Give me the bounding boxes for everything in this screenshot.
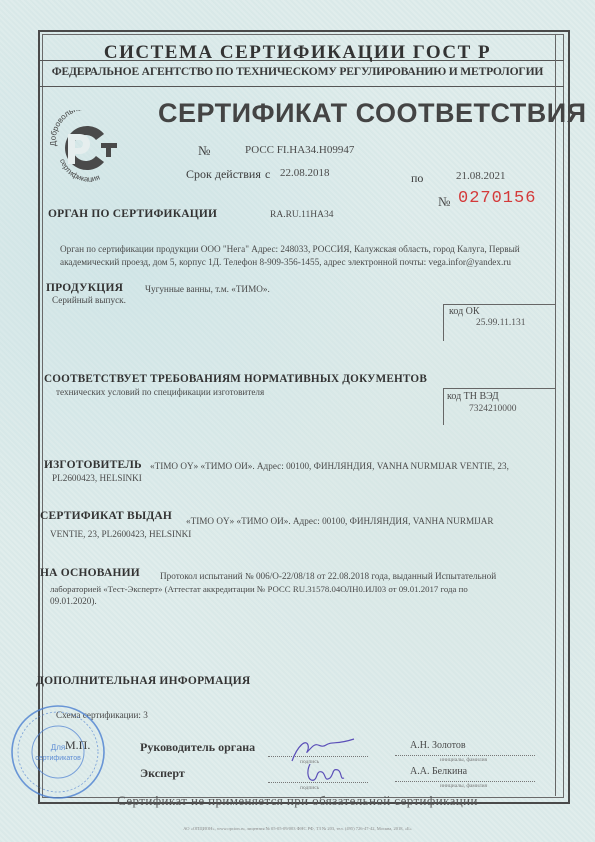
code-tnved-label: код ТН ВЭД [447, 391, 499, 402]
head-label: Руководитель органа [140, 740, 255, 755]
seal-stamp-icon: Для сертификатов [8, 702, 108, 802]
product-value: Чугунные ванны, т.м. «ТИМО». [145, 283, 270, 296]
code-tnved-value: 7324210000 [469, 404, 517, 414]
issued-to-line-1: «TIMO OY» «ТИМО ОИ». Адрес: 00100, ФИНЛЯ… [186, 515, 494, 528]
expert-signature-caption: подпись [300, 785, 319, 791]
issued-to-label: СЕРТИФИКАТ ВЫДАН [40, 510, 172, 522]
manufacturer-line-1: «TIMO OY» «ТИМО ОИ». Адрес: 00100, ФИНЛЯ… [150, 460, 509, 473]
expert-name-caption: инициалы, фамилия [440, 783, 487, 789]
authority-code: RA.RU.11HA34 [270, 210, 334, 220]
conformity-value: технических условий по спецификации изго… [56, 386, 264, 399]
expert-name: А.А. Белкина [410, 766, 467, 777]
code-ok-value: 25.99.11.131 [476, 318, 526, 328]
seal-label: М.П. [65, 738, 90, 753]
product-release: Серийный выпуск. [52, 294, 126, 307]
system-title: СИСТЕМА СЕРТИФИКАЦИИ ГОСТ Р [0, 42, 595, 64]
basis-label: НА ОСНОВАНИИ [40, 567, 140, 579]
footer-note: Сертификат не применяется при обязательн… [0, 793, 595, 809]
manufacturer-label: ИЗГОТОВИТЕЛЬ [44, 459, 142, 471]
authority-label: ОРГАН ПО СЕРТИФИКАЦИИ [48, 208, 217, 220]
to-label: по [411, 171, 423, 186]
certificate-title: СЕРТИФИКАТ СООТВЕТСТВИЯ [158, 98, 587, 129]
certificate-number: РОСС FI.HA34.H09947 [245, 144, 354, 156]
svg-text:сертификатов: сертификатов [35, 755, 81, 762]
valid-from-date: 22.08.2018 [280, 167, 330, 179]
expert-signature-icon [300, 760, 350, 788]
manufacturer-line-2: PL2600423, HELSINKI [52, 472, 142, 485]
printer-info: АО «ОПЦИОН», www.opcion.ru, лицензия № 0… [0, 826, 595, 831]
rst-logo-icon: Добровольная сертификация [46, 110, 126, 182]
code-ok-label: код ОК [449, 306, 480, 317]
validity-label: Срок действия [186, 167, 261, 182]
from-label: с [265, 167, 270, 182]
product-label: ПРОДУКЦИЯ [46, 282, 123, 294]
head-name-line [395, 755, 535, 756]
divider [40, 86, 564, 87]
expert-label: Эксперт [140, 766, 185, 781]
basis-line-3: 09.01.2020). [50, 595, 97, 608]
conformity-label: СООТВЕТСТВУЕТ ТРЕБОВАНИЯМ НОРМАТИВНЫХ ДО… [44, 373, 427, 385]
expert-name-line [395, 781, 535, 782]
svg-text:Для: Для [51, 743, 65, 752]
issued-to-line-2: VENTIE, 23, PL2600423, HELSINKI [50, 528, 191, 541]
authority-description: Орган по сертификации продукции ООО "Нег… [60, 243, 550, 269]
code-tnved-box: код ТН ВЭД 7324210000 [443, 388, 556, 425]
code-ok-box: код ОК 25.99.11.131 [443, 304, 556, 341]
additional-info-label: ДОПОЛНИТЕЛЬНАЯ ИНФОРМАЦИЯ [36, 675, 250, 687]
basis-line-2: лабораторией «Тест-Эксперт» (Аттестат ак… [50, 583, 468, 596]
head-name: А.Н. Золотов [410, 740, 466, 751]
serial-number: 0270156 [458, 189, 536, 208]
agency-name: ФЕДЕРАЛЬНОЕ АГЕНТСТВО ПО ТЕХНИЧЕСКОМУ РЕ… [0, 65, 595, 78]
head-name-caption: инициалы, фамилия [440, 757, 487, 763]
serial-label: № [438, 194, 450, 210]
basis-line-1: Протокол испытаний № 006/О-22/08/18 от 2… [160, 570, 496, 583]
number-label: № [198, 143, 210, 159]
valid-to-date: 21.08.2021 [456, 170, 506, 182]
